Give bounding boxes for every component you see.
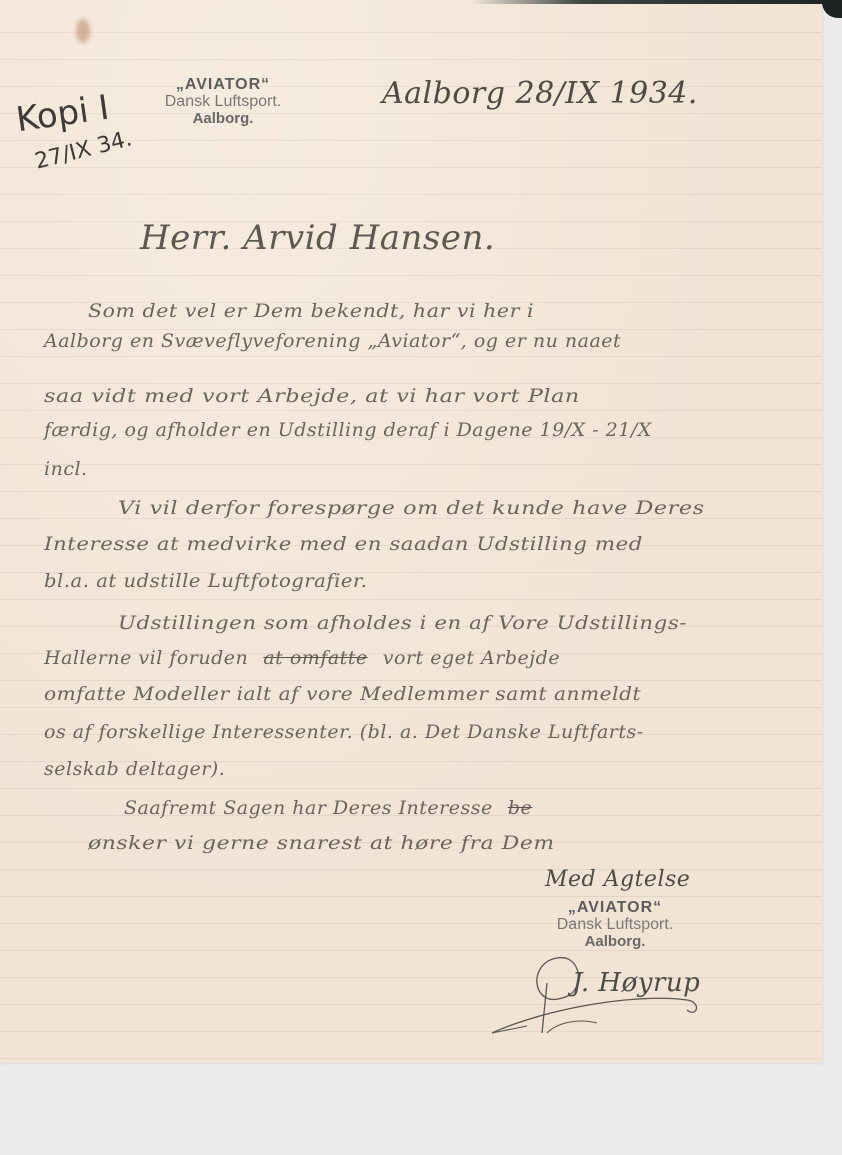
struck-text-2: be	[508, 797, 532, 819]
scan-edge-shadow	[470, 0, 842, 4]
body-line-2: Aalborg en Svæveflyveforening „Aviator“,…	[44, 330, 621, 352]
body-line-1: Som det vel er Dem bekendt, har vi her i	[88, 300, 534, 322]
body-line-11: omfatte Modeller ialt af vore Medlemmer …	[44, 683, 641, 705]
stamp-city: Aalborg.	[148, 111, 298, 127]
stamp-org-subtitle: Dansk Luftsport.	[535, 917, 695, 934]
body-line-6: Vi vil derfor forespørge om det kunde ha…	[118, 497, 705, 519]
body-line-10-part2: vort eget Arbejde	[383, 647, 560, 669]
body-line-14-part1: Saafremt Sagen har Deres Interesse	[124, 797, 493, 819]
body-line-15: ønsker vi gerne snarest at høre fra Dem	[88, 832, 555, 854]
body-line-7: Interesse at medvirke med en saadan Udst…	[44, 533, 643, 555]
margin-note-kopi: Kopi I	[14, 88, 112, 141]
body-line-9: Udstillingen som afholdes i en af Vore U…	[118, 612, 687, 634]
body-line-4: færdig, og afholder en Udstilling deraf …	[44, 419, 652, 441]
body-line-3: saa vidt med vort Arbejde, at vi har vor…	[44, 385, 580, 407]
body-line-13: selskab deltager).	[44, 758, 225, 780]
body-line-8: bl.a. at udstille Luftfotografier.	[44, 570, 367, 592]
stamp-org-name: „AVIATOR“	[148, 77, 298, 94]
struck-text: at omfatte	[263, 647, 367, 669]
letter-page: „AVIATOR“ Dansk Luftsport. Aalborg. Kopi…	[0, 0, 822, 1063]
paper-stain	[76, 19, 90, 43]
letterhead-stamp: „AVIATOR“ Dansk Luftsport. Aalborg.	[148, 77, 298, 126]
closing: Med Agtelse	[545, 867, 690, 892]
signature-name: J. Høyrup	[572, 968, 700, 998]
body-line-12: os af forskellige Interessenter. (bl. a.…	[44, 721, 644, 743]
stamp-org-subtitle: Dansk Luftsport.	[148, 94, 298, 111]
stamp-org-name: „AVIATOR“	[535, 900, 695, 917]
body-line-10-part1: Hallerne vil foruden	[44, 647, 248, 669]
body-line-14: Saafremt Sagen har Deres Interesse be	[124, 797, 532, 819]
salutation: Herr. Arvid Hansen.	[140, 218, 495, 258]
place-date: Aalborg 28/IX 1934.	[382, 76, 698, 111]
body-line-5: incl.	[44, 458, 88, 480]
body-line-10: Hallerne vil foruden at omfatte vort ege…	[44, 647, 560, 669]
scan-corner	[822, 0, 842, 18]
